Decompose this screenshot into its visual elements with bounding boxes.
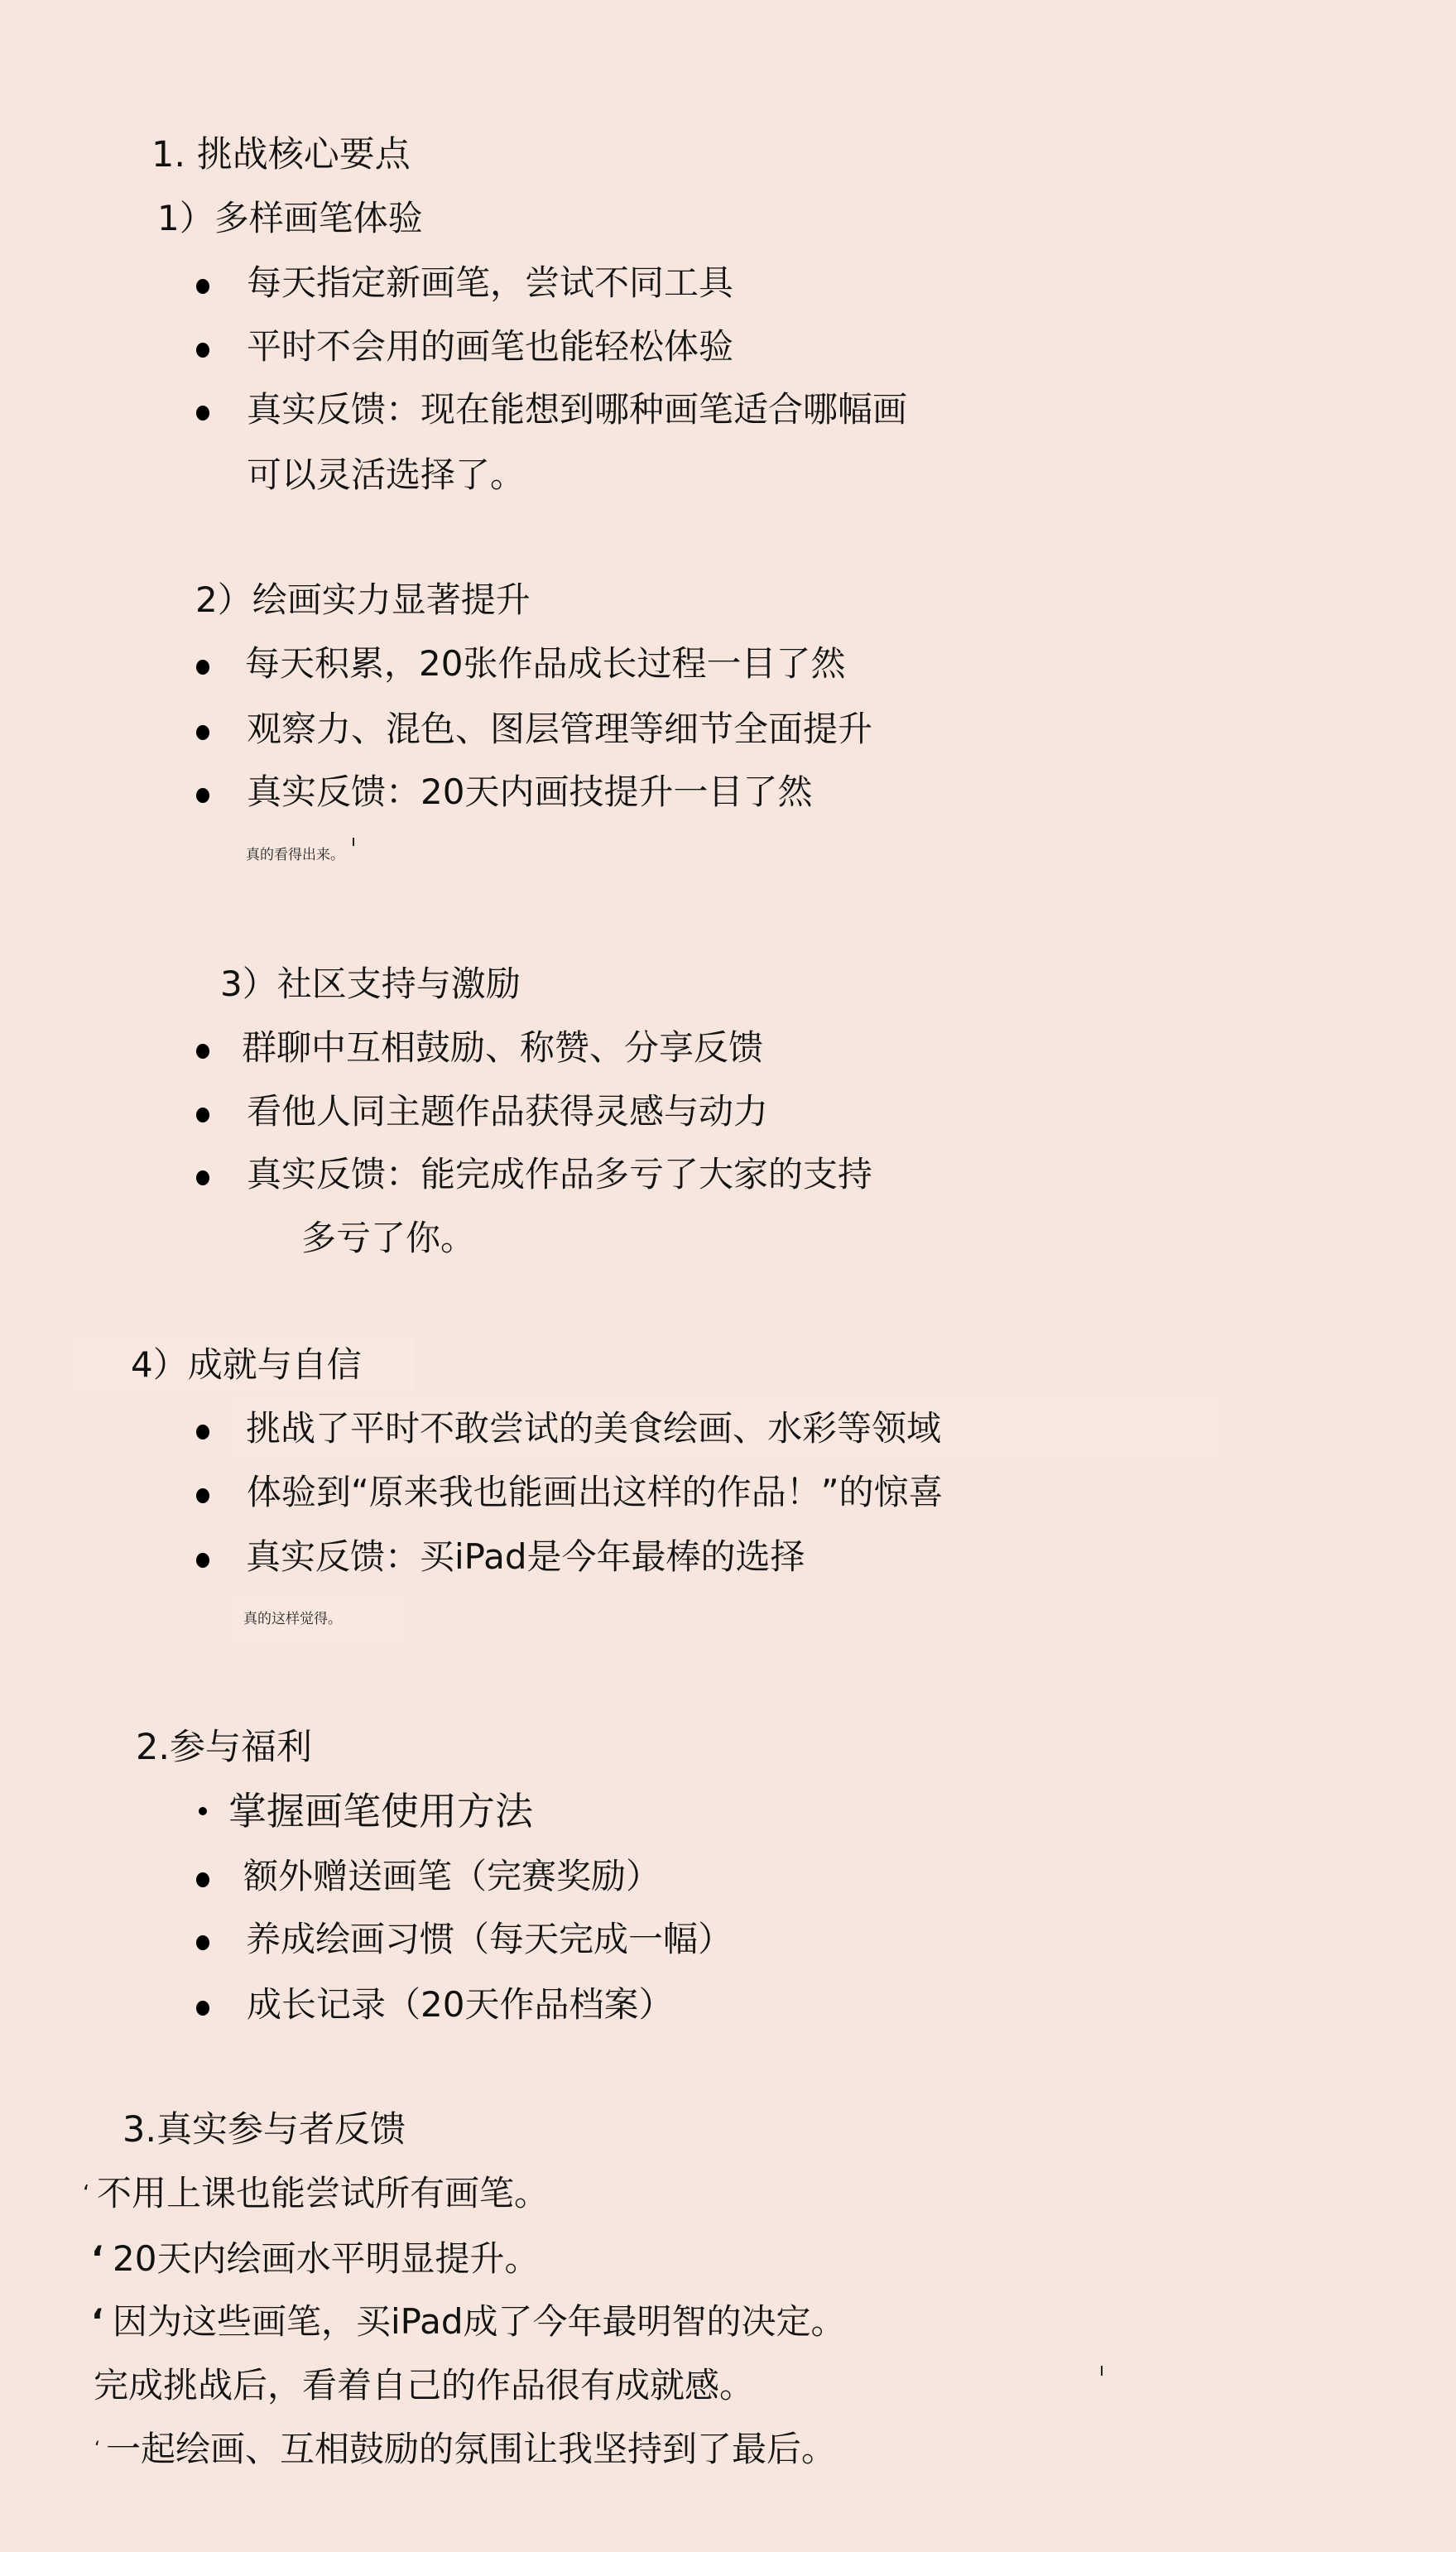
subheading-brush-experience: 1）多样画笔体验 <box>157 198 423 239</box>
bullet-icon <box>196 1935 209 1950</box>
subheading-skill-improvement: 2）绘画实力显著提升 <box>195 579 531 621</box>
bullet-icon <box>196 1553 209 1568</box>
quote-mark-icon: ‘ <box>91 2242 103 2276</box>
bullet-icon <box>196 406 209 421</box>
list-item: 掌握画笔使用方法 <box>228 1790 533 1832</box>
feedback-item: 不用上课也能尝试所有画笔。 <box>97 2173 549 2214</box>
list-item: 每天积累，20张作品成长过程一目了然 <box>245 643 845 685</box>
feedback-item: 20天内绘画水平明显提升。 <box>113 2238 539 2280</box>
bullet-icon <box>196 1170 209 1185</box>
list-item-continuation: 多亏了你。 <box>301 1218 475 1259</box>
bullet-icon <box>196 1425 209 1439</box>
list-item: 真实反馈：能完成作品多亏了大家的支持 <box>247 1154 872 1195</box>
list-item: 挑战了平时不敢尝试的美食绘画、水彩等领域 <box>246 1408 941 1449</box>
bullet-icon <box>196 343 209 358</box>
section-heading-challenge-points: 1. 挑战核心要点 <box>151 134 411 175</box>
quote-mark-icon: ‘ <box>94 2433 100 2466</box>
bullet-icon <box>196 279 209 294</box>
list-item: 看他人同主题作品获得灵感与动力 <box>247 1091 768 1132</box>
list-item: 每天指定新画笔，尝试不同工具 <box>247 262 733 304</box>
list-item: 平时不会用的画笔也能轻松体验 <box>247 326 733 368</box>
quote-mark-icon: ‘ <box>83 2177 89 2210</box>
list-item: 真实反馈：20天内画技提升一目了然 <box>247 771 812 813</box>
section-heading-participant-feedback: 3.真实参与者反馈 <box>123 2109 406 2151</box>
bullet-icon <box>196 1872 209 1887</box>
list-item: 成长记录（20天作品档案） <box>247 1984 673 2026</box>
bullet-icon <box>196 660 209 675</box>
stray-mark <box>1101 2366 1103 2376</box>
bullet-icon <box>196 725 209 740</box>
bullet-icon <box>199 1807 207 1815</box>
list-item: 真实反馈：买iPad是今年最棒的选择 <box>246 1536 805 1578</box>
list-item: 体验到“原来我也能画出这样的作品！”的惊喜 <box>247 1472 944 1513</box>
list-item: 养成绘画习惯（每天完成一幅） <box>246 1919 733 1960</box>
note-text: 真的看得出来。 <box>246 846 344 864</box>
feedback-item: 一起绘画、互相鼓励的氛围让我坚持到了最后。 <box>106 2429 836 2470</box>
note-text: 真的这样觉得。 <box>243 1610 342 1628</box>
list-item: 观察力、混色、图层管理等细节全面提升 <box>247 709 872 750</box>
quote-mark-icon: ‘ <box>91 2305 103 2338</box>
list-item: 群聊中互相鼓励、称赞、分享反馈 <box>242 1027 763 1069</box>
feedback-item: 因为这些画笔，买iPad成了今年最明智的决定。 <box>113 2301 846 2343</box>
list-item: 真实反馈：现在能想到哪种画笔适合哪幅画 <box>247 389 907 430</box>
bullet-icon <box>196 2001 209 2016</box>
list-item: 额外赠送画笔（完赛奖励） <box>243 1856 661 1897</box>
bullet-icon <box>196 1488 209 1503</box>
bullet-icon <box>196 788 209 803</box>
section-heading-benefits: 2.参与福利 <box>136 1727 312 1768</box>
list-item-continuation: 可以灵活选择了。 <box>247 454 525 496</box>
bullet-icon <box>196 1108 209 1122</box>
bullet-icon <box>196 1044 209 1059</box>
subheading-achievement-confidence: 4）成就与自信 <box>131 1344 362 1386</box>
feedback-item: 完成挑战后，看着自己的作品很有成就感。 <box>94 2365 754 2406</box>
stray-mark <box>353 838 354 846</box>
subheading-community-support: 3）社区支持与激励 <box>220 964 521 1005</box>
